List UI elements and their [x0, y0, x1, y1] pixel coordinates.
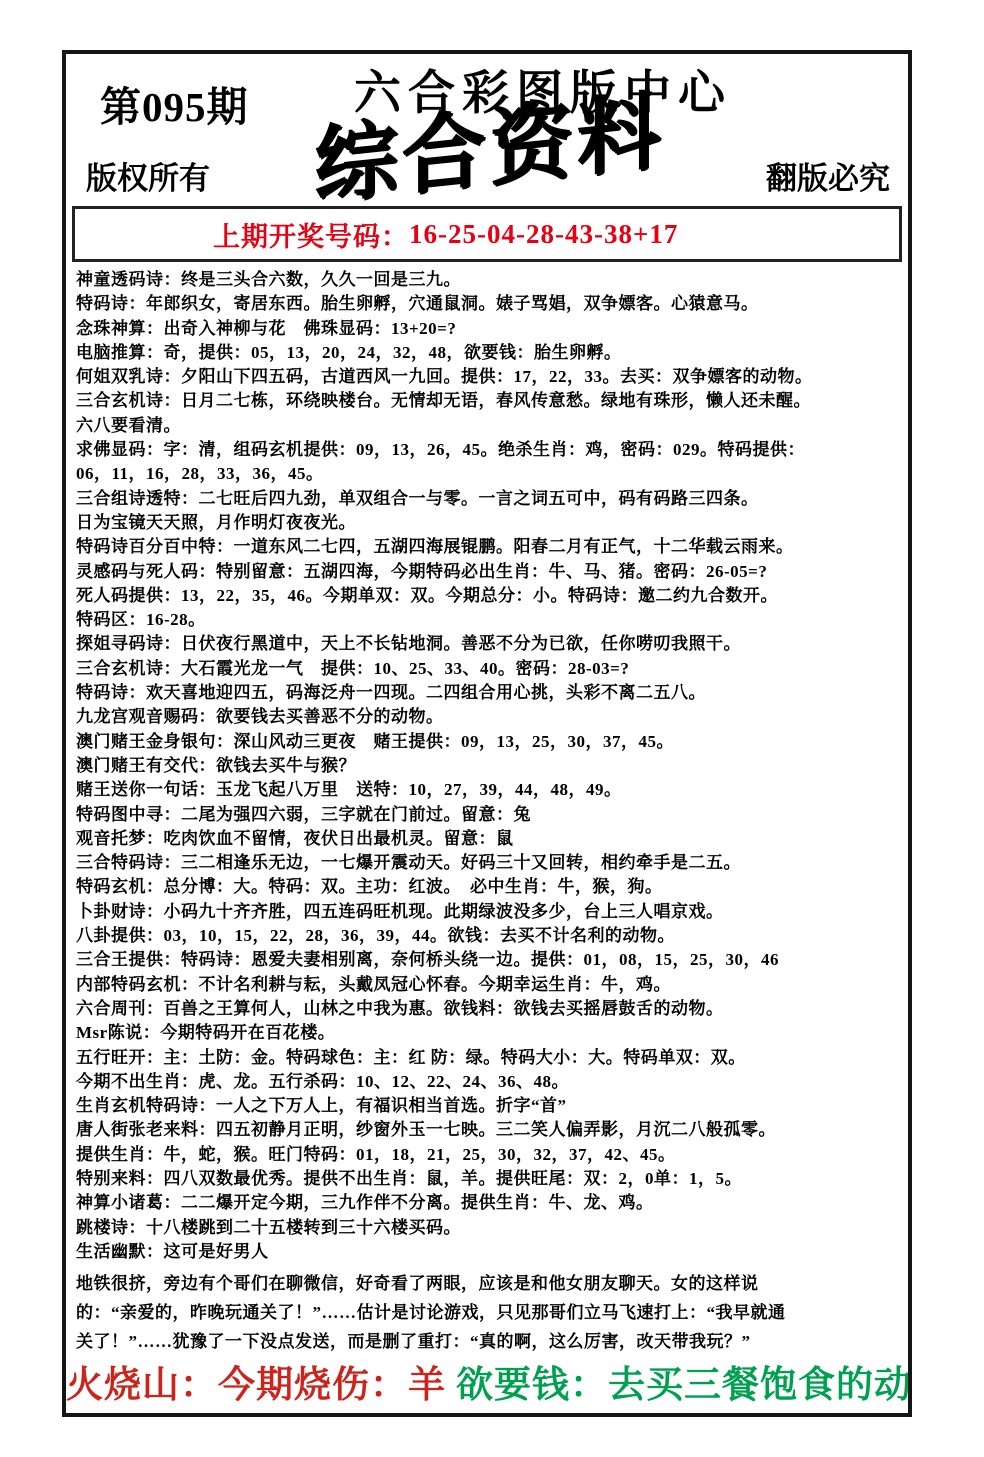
banner-green-text: 欲要钱：去买三餐饱食的动物 [446, 1365, 912, 1406]
joke-line: 的：“亲爱的，昨晚玩通关了！”……估计是讨论游戏，只见那哥们立马飞速打上：“我早… [76, 1298, 898, 1327]
last-draw-numbers: 16-25-04-28-43-38+17 [409, 219, 678, 250]
body-line: 赌王送你一句话：玉龙飞起八万里 送特：10，27，39，44，48，49。 [76, 778, 898, 802]
body-line: 念珠神算：出奇入神柳与花 佛珠显码：13+20=? [76, 317, 898, 341]
body-line: 死人码提供：13，22，35，46。今期单双：双。今期总分：小。特码诗：邀二约九… [76, 584, 898, 608]
joke-line: 关了！”……犹豫了一下没点发送，而是删了重打：“真的啊，这么厉害，改天带我玩？” [76, 1327, 898, 1356]
body-line: 今期不出生肖：虎、龙。五行杀码：10、12、22、24、36、48。 [76, 1070, 898, 1094]
body-line: 神算小诸葛：二二爆开定今期，三九作伴不分离。提供生肖：牛、龙、鸡。 [76, 1191, 898, 1215]
body-line: 特码玄机：总分博：大。特码：双。主功：红波。 必中生肖：牛，猴，狗。 [76, 875, 898, 899]
body-line: 唐人街张老来料：四五初静月正明，纱窗外玉一七映。三二笑人偏弄影，月沉二八般孤零。 [76, 1118, 898, 1142]
body-line: 生肖玄机特码诗：一人之下万人上，有福识相当首选。折字“首” [76, 1094, 898, 1118]
body-line: 电脑推算：奇，提供：05，13，20，24，32，48，欲要钱：胎生卵孵。 [76, 341, 898, 365]
last-draw-box: 上期开奖号码：16-25-04-28-43-38+17 [72, 206, 902, 262]
issue-number: 第095期 [100, 74, 249, 133]
body-line: 六合周刊：百兽之王算何人，山林之中我为惠。欲钱料：欲钱去买摇唇鼓舌的动物。 [76, 997, 898, 1021]
body-line: 特码诗百分百中特：一道东风二七四，五湖四海展锟鹏。阳春二月有正气，十二华载云雨来… [76, 535, 898, 559]
body-line: 卜卦财诗：小码九十齐齐胜，四五连码旺机现。此期绿波没多少，台上三人唱京戏。 [76, 900, 898, 924]
body-line: 观音托梦：吃肉饮血不留情，夜伏日出最机灵。留意：鼠 [76, 827, 898, 851]
body-line: 探姐寻码诗：日伏夜行黑道中，天上不长钻地洞。善恶不分为已欲，任你唠叨我照干。 [76, 632, 898, 656]
body-line: 特码诗：年郎织女，寄居东西。胎生卵孵，穴通鼠洞。婊子骂娼，双争嫖客。心猿意马。 [76, 292, 898, 316]
body-line: 三合玄机诗：大石霞光龙一气 提供：10、25、33、40。密码：28-03=? [76, 657, 898, 681]
joke-block: 地铁很挤，旁边有个哥们在聊微信，好奇看了两眼，应该是和他女朋友聊天。女的这样说的… [76, 1269, 898, 1356]
banner-red-text: 火烧山：今期烧伤：羊 [66, 1365, 446, 1406]
copyright-left: 版权所有 [86, 153, 210, 198]
page-frame: 第095期 六合彩图版中心 综合资料 版权所有 翻版必究 上期开奖号码：16-2… [62, 50, 912, 1417]
joke-line: 地铁很挤，旁边有个哥们在聊微信，好奇看了两眼，应该是和他女朋友聊天。女的这样说 [76, 1269, 898, 1298]
bottom-banner: 火烧山：今期烧伤：羊欲要钱：去买三餐饱食的动物 [66, 1354, 908, 1408]
body-line: 跳楼诗：十八楼跳到二十五楼转到三十六楼买码。 [76, 1216, 898, 1240]
body-line: 特别来料：四八双数最优秀。提供不出生肖：鼠，羊。提供旺尾：双：2，0单：1，5。 [76, 1167, 898, 1191]
body-line: 06，11，16，28，33，36，45。 [76, 462, 898, 486]
header: 第095期 六合彩图版中心 综合资料 版权所有 翻版必究 [66, 54, 908, 204]
body-line: 澳门赌王有交代：欲钱去买牛与猴？ [76, 754, 898, 778]
last-draw-label: 上期开奖号码： [213, 215, 409, 254]
body-line: 三合玄机诗：日月二七栋，环绕映楼台。无情却无语，春风传意愁。绿地有珠形，懒人还未… [76, 389, 898, 413]
body-line: 特码图中寻：二尾为强四六弱，三字就在门前过。留意：兔 [76, 803, 898, 827]
body-line: 何姐双乳诗：夕阳山下四五码，古道西风一九回。提供：17，22，33。去买：双争嫖… [76, 365, 898, 389]
body-line: 三合组诗透特：二七旺后四九劲，单双组合一与零。一言之词五可中，码有码路三四条。 [76, 487, 898, 511]
body-line: Msr陈说：今期特码开在百花楼。 [76, 1021, 898, 1045]
copyright-right: 翻版必究 [766, 153, 890, 198]
body-line: 特码区：16-28。 [76, 608, 898, 632]
body-line: 神童透码诗：终是三头合六数，久久一回是三九。 [76, 268, 898, 292]
body-line: 日为宝镜天天照，月作明灯夜夜光。 [76, 511, 898, 535]
body-line: 八卦提供：03，10，15，22，28，36，39，44。欲钱：去买不计名利的动… [76, 924, 898, 948]
body-line: 求佛显码：字：清，组码玄机提供：09，13，26，45。绝杀生肖：鸡，密码：02… [76, 438, 898, 462]
body-line: 五行旺开：主：土防：金。特码球色：主：红 防：绿。特码大小：大。特码单双：双。 [76, 1046, 898, 1070]
body-line: 澳门赌王金身银句：深山风动三更夜 赌王提供：09，13，25，30，37，45。 [76, 730, 898, 754]
tips-list: 神童透码诗：终是三头合六数，久久一回是三九。特码诗：年郎织女，寄居东西。胎生卵孵… [76, 268, 898, 1264]
body-line: 生活幽默：这可是好男人 [76, 1240, 898, 1264]
body-text: 神童透码诗：终是三头合六数，久久一回是三九。特码诗：年郎织女，寄居东西。胎生卵孵… [66, 262, 908, 1356]
body-line: 提供生肖：牛，蛇，猴。旺门特码：01，18，21，25，30，32，37，42、… [76, 1143, 898, 1167]
body-line: 特码诗：欢天喜地迎四五，码海泛舟一四现。二四组合用心挑，头彩不离二五八。 [76, 681, 898, 705]
body-line: 三合特码诗：三二相逢乐无边，一七爆开震动天。好码三十又回转，相约牵手是二五。 [76, 851, 898, 875]
body-line: 九龙宫观音赐码：欲要钱去买善恶不分的动物。 [76, 705, 898, 729]
body-line: 六八要看清。 [76, 414, 898, 438]
body-line: 灵感码与死人码：特别留意：五湖四海，今期特码必出生肖：牛、马、猪。密码：26-0… [76, 560, 898, 584]
body-line: 内部特码玄机：不计名利耕与耘，头戴凤冠心怀春。今期幸运生肖：牛，鸡。 [76, 973, 898, 997]
body-line: 三合王提供：特码诗：恩爱夫妻相别离，奈何桥头绕一边。提供：01，08，15，25… [76, 948, 898, 972]
